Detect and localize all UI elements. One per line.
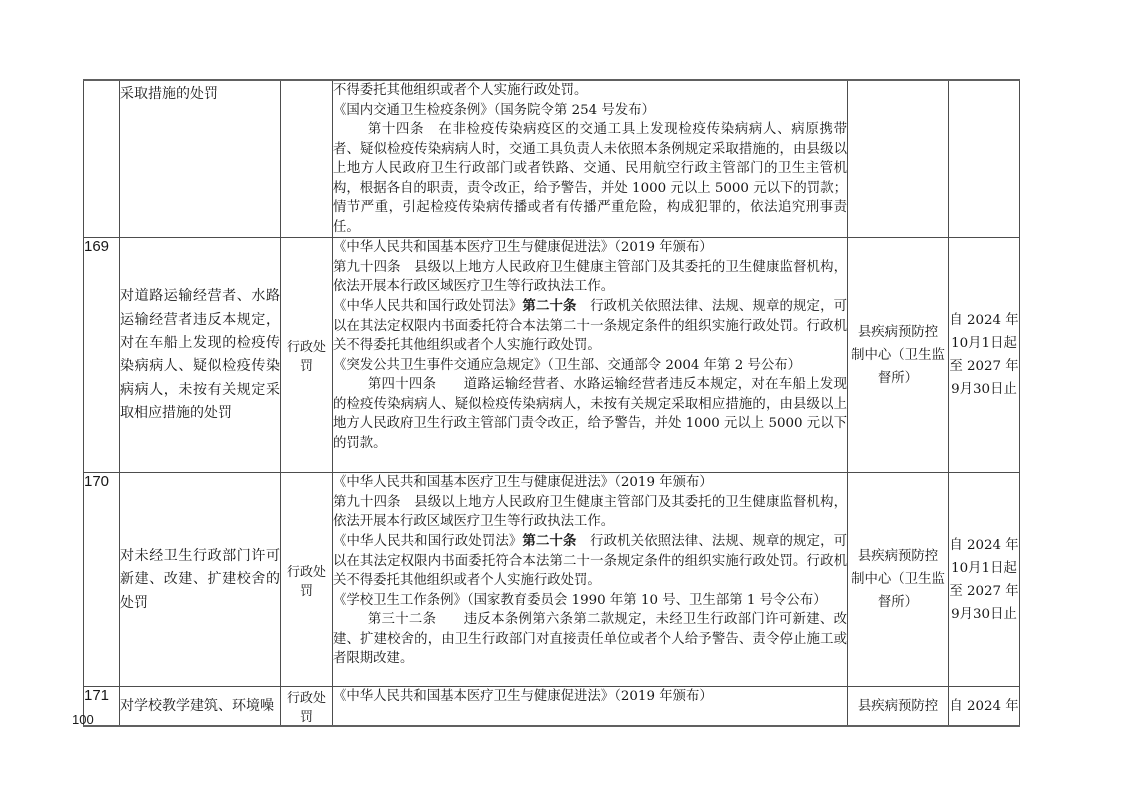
law-paragraph: 《中华人民共和国基本医疗卫生与健康促进法》（2019 年颁布） [333, 238, 847, 258]
law-paragraph: 《国内交通卫生检疫条例》（国务院令第 254 号发布） [333, 101, 847, 121]
period-line: 至 2027 年 [949, 355, 1019, 378]
page-number: 100 [72, 712, 94, 727]
law-text-segment: 《中华人民共和国行政处罚法》 [333, 299, 522, 314]
law-paragraph: 《中华人民共和国基本医疗卫生与健康促进法》（2019 年颁布） [333, 687, 847, 707]
law-paragraph: 《中华人民共和国行政处罚法》第二十条 行政机关依照法律、法规、规章的规定，可以在… [333, 297, 847, 356]
law-article-number: 第二十条 [522, 533, 576, 549]
law-paragraph: 第九十四条 县级以上地方人民政府卫生健康主管部门及其委托的卫生健康监督机构，依法… [333, 493, 847, 532]
description-text: 对道路运输经营者、水路运输经营者违反本规定，对在车船上发现的检疫传染病病人、疑似… [120, 285, 280, 425]
period-line: 至 2027 年 [949, 580, 1019, 603]
period-line: 自 2024 年 [949, 695, 1019, 718]
department-line: 制中心（卫生监 [848, 568, 948, 591]
law-paragraph: 第十四条 在非检疫传染病疫区的交通工具上发现检疫传染病病人、病原携带者、疑似检疫… [333, 120, 847, 237]
row-number-cell: 169 [84, 238, 120, 473]
penalty-category-cell: 行政处罚 [281, 238, 333, 473]
penalty-table-body: 采取措施的处罚 不得委托其他组织或者个人实施行政处罚。《国内交通卫生检疫条例》（… [84, 80, 1020, 726]
period-line: 自 2024 年 [949, 309, 1019, 332]
department-line: 县疾病预防控 [848, 695, 948, 718]
row-number: 170 [84, 473, 109, 490]
description-text: 对未经卫生行政部门许可新建、改建、扩建校舍的处罚 [120, 545, 280, 615]
description-text: 采取措施的处罚 [120, 83, 280, 106]
period-line: 10月1日起 [949, 332, 1019, 355]
department-line: 县疾病预防控 [848, 545, 948, 568]
penalty-category: 行政处罚 [287, 691, 326, 725]
law-paragraph: 第三十二条 违反本条例第六条第二款规定，未经卫生行政部门许可新建、改建、扩建校舍… [333, 610, 847, 669]
law-paragraph: 《中华人民共和国行政处罚法》第二十条 行政机关依照法律、法规、规章的规定，可以在… [333, 532, 847, 591]
row-number: 169 [84, 238, 109, 255]
row-description-cell: 对学校教学建筑、环境噪 [120, 687, 281, 727]
period-line: 10月1日起 [949, 557, 1019, 580]
law-paragraph: 《中华人民共和国基本医疗卫生与健康促进法》（2019 年颁布） [333, 473, 847, 493]
department-line: 督所） [848, 591, 948, 614]
period-cell: 自 2024 年10月1日起至 2027 年9月30日止 [949, 473, 1020, 687]
legal-basis-cell: 《中华人民共和国基本医疗卫生与健康促进法》（2019 年颁布）第九十四条 县级以… [333, 238, 848, 473]
row-description-cell: 采取措施的处罚 [120, 80, 281, 238]
department-cell: 县疾病预防控 [848, 687, 949, 727]
law-text-segment: 《中华人民共和国行政处罚法》 [333, 534, 522, 549]
legal-basis-cell: 《中华人民共和国基本医疗卫生与健康促进法》（2019 年颁布） [333, 687, 848, 727]
table-row: 170 对未经卫生行政部门许可新建、改建、扩建校舍的处罚 行政处罚 《中华人民共… [84, 473, 1020, 687]
period-line: 9月30日止 [949, 378, 1019, 401]
legal-basis-cell: 不得委托其他组织或者个人实施行政处罚。《国内交通卫生检疫条例》（国务院令第 25… [333, 80, 848, 238]
table-row: 169 对道路运输经营者、水路运输经营者违反本规定，对在车船上发现的检疫传染病病… [84, 238, 1020, 473]
period-line: 自 2024 年 [949, 534, 1019, 557]
row-description-cell: 对未经卫生行政部门许可新建、改建、扩建校舍的处罚 [120, 473, 281, 687]
penalty-category-cell: 行政处罚 [281, 687, 333, 727]
law-paragraph: 不得委托其他组织或者个人实施行政处罚。 [333, 81, 847, 101]
department-line: 制中心（卫生监 [848, 344, 948, 367]
penalty-category: 行政处罚 [287, 565, 326, 599]
period-cell: 自 2024 年 [949, 687, 1020, 727]
law-paragraph: 《学校卫生工作条例》（国家教育委员会 1990 年第 10 号、卫生部第 1 号… [333, 591, 847, 611]
period-line: 9月30日止 [949, 603, 1019, 626]
penalty-items-table: 采取措施的处罚 不得委托其他组织或者个人实施行政处罚。《国内交通卫生检疫条例》（… [83, 79, 1020, 727]
row-number-cell: 170 [84, 473, 120, 687]
law-paragraph: 第四十四条 道路运输经营者、水路运输经营者违反本规定，对在车船上发现的检疫传染病… [333, 375, 847, 453]
row-description-cell: 对道路运输经营者、水路运输经营者违反本规定，对在车船上发现的检疫传染病病人、疑似… [120, 238, 281, 473]
row-number-cell [84, 80, 120, 238]
department-line: 县疾病预防控 [848, 321, 948, 344]
law-article-number: 第二十条 [522, 298, 576, 314]
document-page: 采取措施的处罚 不得委托其他组织或者个人实施行政处罚。《国内交通卫生检疫条例》（… [0, 0, 1122, 793]
legal-basis-cell: 《中华人民共和国基本医疗卫生与健康促进法》（2019 年颁布）第九十四条 县级以… [333, 473, 848, 687]
row-number: 171 [84, 687, 109, 704]
penalty-category: 行政处罚 [287, 340, 326, 374]
law-paragraph: 《突发公共卫生事件交通应急规定》（卫生部、交通部令 2004 年第 2 号公布） [333, 356, 847, 376]
law-paragraph: 第九十四条 县级以上地方人民政府卫生健康主管部门及其委托的卫生健康监督机构，依法… [333, 258, 847, 297]
penalty-category-cell [281, 80, 333, 238]
department-cell [848, 80, 949, 238]
table-row: 采取措施的处罚 不得委托其他组织或者个人实施行政处罚。《国内交通卫生检疫条例》（… [84, 80, 1020, 238]
period-cell [949, 80, 1020, 238]
department-cell: 县疾病预防控制中心（卫生监督所） [848, 473, 949, 687]
department-line: 督所） [848, 367, 948, 390]
department-cell: 县疾病预防控制中心（卫生监督所） [848, 238, 949, 473]
period-cell: 自 2024 年10月1日起至 2027 年9月30日止 [949, 238, 1020, 473]
table-row: 171 对学校教学建筑、环境噪 行政处罚 《中华人民共和国基本医疗卫生与健康促进… [84, 687, 1020, 727]
description-text: 对学校教学建筑、环境噪 [120, 697, 280, 716]
penalty-category-cell: 行政处罚 [281, 473, 333, 687]
